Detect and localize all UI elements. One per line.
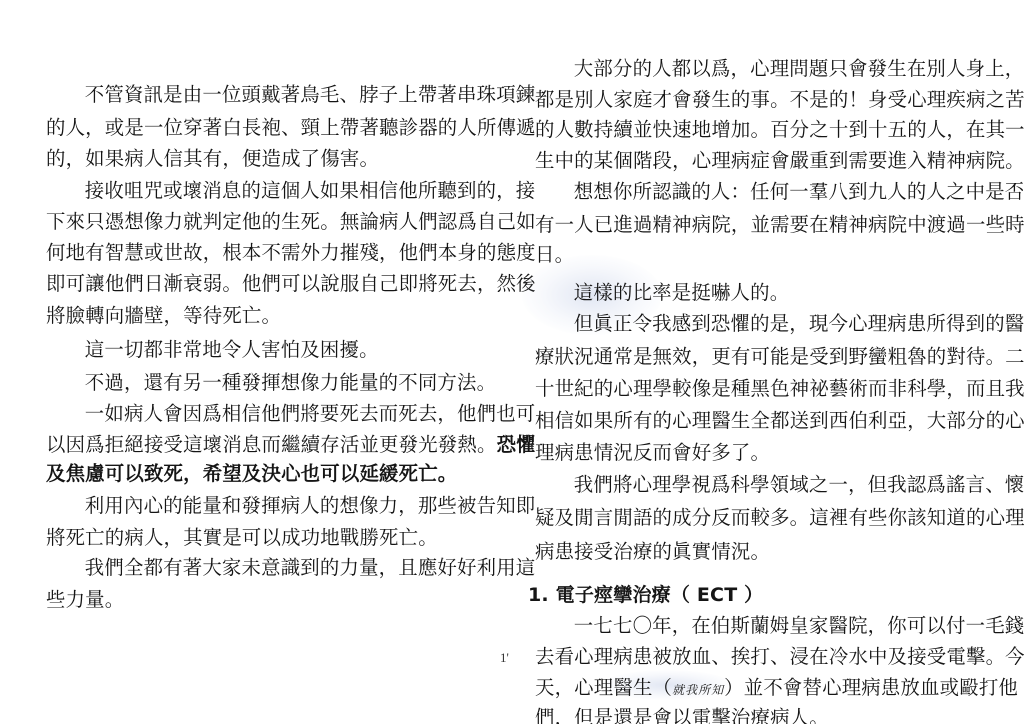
line-text: 天，心理醫生（: [535, 676, 672, 699]
paragraph-line: 日。: [535, 243, 983, 267]
paragraph-line: 有一人已進過精神病院，並需要在精神病院中渡過一些時: [535, 213, 983, 237]
paragraph-line: 理病患情況反而會好多了。: [535, 441, 983, 465]
paragraph-line: 這一切都非常地令人害怕及困擾。: [46, 338, 492, 362]
paragraph-line: 的，如果病人信其有，便造成了傷害。: [46, 147, 492, 171]
parenthetical-note: 就我所知: [672, 683, 724, 697]
paragraph-line: 們，但是還是會以電擊治療病人。: [535, 706, 983, 724]
paragraph-line: 天，心理醫生（就我所知）並不會替心理病患放血或毆打他: [535, 676, 983, 702]
paragraph-line: 去看心理病患被放血、挨打、浸在冷水中及接受電擊。今: [535, 645, 983, 669]
paragraph-line: 下來只憑想像力就判定他的生死。無論病人們認爲自己如: [46, 210, 492, 234]
section-heading: 1. 電子痙攣治療（ ECT ）: [528, 583, 976, 607]
paragraph-line: 相信如果所有的心理醫生全都送到西伯利亞，大部分的心: [535, 409, 983, 433]
paragraph-line: 以因爲拒絕接受這壞消息而繼續存活並更發光發熱。恐懼: [46, 433, 492, 457]
paragraph-line: 我們全都有著大家未意識到的力量，且應好好利用這: [46, 556, 492, 580]
paragraph-line: 一七七〇年，在伯斯蘭姆皇家醫院，你可以付一毛錢: [535, 614, 983, 638]
paragraph-line: 大部分的人都以爲，心理問題只會發生在別人身上，: [535, 57, 983, 81]
paragraph-line: 一如病人會因爲相信他們將要死去而死去，他們也可: [46, 402, 492, 426]
paragraph-line: 接收咀咒或壞消息的這個人如果相信他所聽到的，接: [46, 179, 492, 203]
paragraph-line: 都是別人家庭才會發生的事。不是的！身受心理疾病之苦: [535, 88, 983, 112]
paragraph-line: 療狀況通常是無效，更有可能是受到野蠻粗魯的對待。二: [535, 345, 983, 369]
paragraph-line: 的人，或是一位穿著白長袍、頸上帶著聽診器的人所傳遞: [46, 116, 492, 140]
paragraph-line: 即可讓他們日漸衰弱。他們可以說服自己即將死去，然後: [46, 272, 492, 296]
paragraph-line: 不過，還有另一種發揮想像力能量的不同方法。: [46, 371, 492, 395]
paragraph-line: 何地有智慧或世故，根本不需外力摧殘，他們本身的態度: [46, 241, 492, 265]
paragraph-line: 這樣的比率是挺嚇人的。: [535, 281, 983, 305]
paragraph-line: 我們將心理學視爲科學領域之一，但我認爲謠言、懷: [535, 473, 983, 497]
paragraph-line: 不管資訊是由一位頭戴著鳥毛、脖子上帶著串珠項鍊: [46, 83, 492, 107]
paragraph-line: 將臉轉向牆壁，等待死亡。: [46, 304, 492, 328]
paragraph-line: 些力量。: [46, 588, 492, 612]
right-page: 大部分的人都以爲，心理問題只會發生在別人身上， 都是別人家庭才會發生的事。不是的…: [512, 0, 1024, 724]
line-text: 以因爲拒絕接受這壞消息而繼續存活並更發光發熱。: [46, 433, 497, 456]
paragraph-line: 的人數持續並快速地增加。百分之十到十五的人，在其一: [535, 118, 983, 142]
paragraph-line: 想想你所認識的人：任何一羣八到九人的人之中是否: [535, 180, 983, 204]
paragraph-line: 十世紀的心理學較像是種黑色神祕藝術而非科學，而且我: [535, 377, 983, 401]
paragraph-line: 疑及閒言閒語的成分反而較多。這裡有些你該知道的心理: [535, 506, 983, 530]
paragraph-line: 生中的某個階段，心理病症會嚴重到需要進入精神病院。: [535, 149, 983, 173]
page-number: 1': [500, 650, 509, 666]
scanned-book-spread: 不管資訊是由一位頭戴著鳥毛、脖子上帶著串珠項鍊 的人，或是一位穿著白長袍、頸上帶…: [0, 0, 1024, 724]
line-text: ）並不會替心理病患放血或毆打他: [724, 676, 1018, 699]
paragraph-line: 利用內心的能量和發揮病人的想像力，那些被告知即: [46, 494, 492, 518]
left-page: 不管資訊是由一位頭戴著鳥毛、脖子上帶著串珠項鍊 的人，或是一位穿著白長袍、頸上帶…: [0, 0, 512, 724]
paragraph-line: 病患接受治療的眞實情況。: [535, 540, 983, 564]
emphasized-line: 及焦慮可以致死，希望及決心也可以延緩死亡。: [46, 462, 492, 486]
paragraph-line: 將死亡的病人，其實是可以成功地戰勝死亡。: [46, 526, 492, 550]
paragraph-line: 但眞正令我感到恐懼的是，現今心理病患所得到的醫: [535, 312, 983, 336]
